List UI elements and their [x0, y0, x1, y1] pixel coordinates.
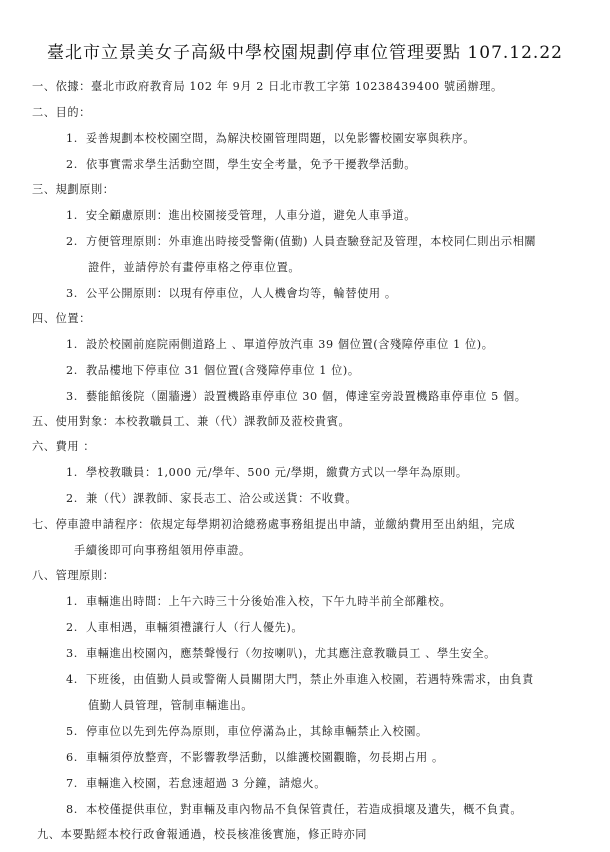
list-item: 3.藝能館後院（圍牆邊）設置機路車停車位 30 個，傳達室旁設置機路車停車位 5…: [66, 388, 527, 404]
list-item: 1.學校教職員：1,000 元/學年、500 元/學期，繳費方式以一學年為原則。: [66, 464, 468, 480]
list-item: 4.下班後，由值勤人員或警衛人員關閉大門，禁止外車進入校園，若遇特殊需求，由負責: [66, 671, 534, 687]
list-item: 8.本校僅提供車位，對車輛及車內物品不負保管責任，若造成損壞及遺失，概不負責。: [66, 801, 522, 817]
section-7-heading: 七、停車證申請程序：依規定每學期初洽總務處事務組提出申請，並繳納費用至出納組，完…: [32, 516, 515, 532]
list-item: 7.車輛進入校園，若怠速超過 3 分鐘，請熄火。: [66, 775, 326, 791]
section-7-continuation: 手續後即可向事務組領用停車證。: [74, 542, 251, 558]
section-4-heading: 四、位置：: [32, 310, 91, 326]
document-title: 臺北市立景美女子高級中學校園規劃停車位管理要點 107.12.22: [0, 38, 610, 63]
section-1-basis: 一、依據：臺北市政府教育局 102 年 9月 2 日北市教工字第 1023843…: [32, 78, 503, 94]
list-item: 2.兼（代）課教師、家長志工、洽公或送貨：不收費。: [66, 490, 357, 506]
list-item: 1.妥善規劃本校校園空間，為解決校園管理問題，以免影響校園安寧與秩序。: [66, 130, 475, 146]
section-6-heading: 六、費用 ：: [32, 438, 95, 454]
list-item: 2.依事實需求學生活動空間，學生安全考量，免予干擾教學活動。: [66, 156, 416, 172]
list-item: 2.方便管理原則：外車進出時接受警衛(值勤) 人員查驗登記及管理，本校同仁則出示…: [66, 233, 536, 249]
list-item: 6.車輛須停放整齊，不影響教學活動，以維護校園觀瞻，勿長期占用 。: [66, 749, 444, 765]
list-item: 1.車輛進出時間：上午六時三十分後始准入校，下午九時半前全部離校。: [66, 593, 451, 609]
list-item: 1.設於校園前庭院兩側道路上 、單道停放汽車 39 個位置(含殘障停車位 1 位…: [66, 336, 494, 352]
list-item: 2.教品樓地下停車位 31 個位置(含殘障停車位 1 位)。: [66, 362, 360, 378]
section-9-approval: 九、本要點經本校行政會報通過，校長核准後實施，修正時亦同: [37, 826, 367, 842]
list-item: 3.公平公開原則：以現有停車位，人人機會均等，輪替使用 。: [66, 285, 397, 301]
list-item: 3.車輛進出校園內，應禁聲慢行（勿按喇叭)，尤其應注意教職員工 、學生安全。: [66, 645, 496, 661]
list-item-continuation: 值勤人員管理，管制車輛進出。: [88, 697, 253, 713]
list-item-continuation: 證件，並請停於有畫停車格之停車位置。: [88, 259, 300, 275]
section-8-heading: 八、管理原則：: [32, 567, 115, 583]
section-5-users: 五、使用對象：本校教職員工、兼（代）課教師及蒞校貴賓。: [32, 413, 350, 429]
section-3-heading: 三、規劃原則：: [32, 181, 115, 197]
list-item: 5.停車位以先到先停為原則，車位停滿為止，其餘車輛禁止入校園。: [66, 723, 428, 739]
section-2-heading: 二、目的：: [32, 104, 91, 120]
list-item: 1.安全顧慮原則：進出校園接受管理，人車分道，避免人車爭道。: [66, 207, 416, 223]
list-item: 2.人車相遇，車輛須禮讓行人（行人優先)。: [66, 619, 303, 635]
